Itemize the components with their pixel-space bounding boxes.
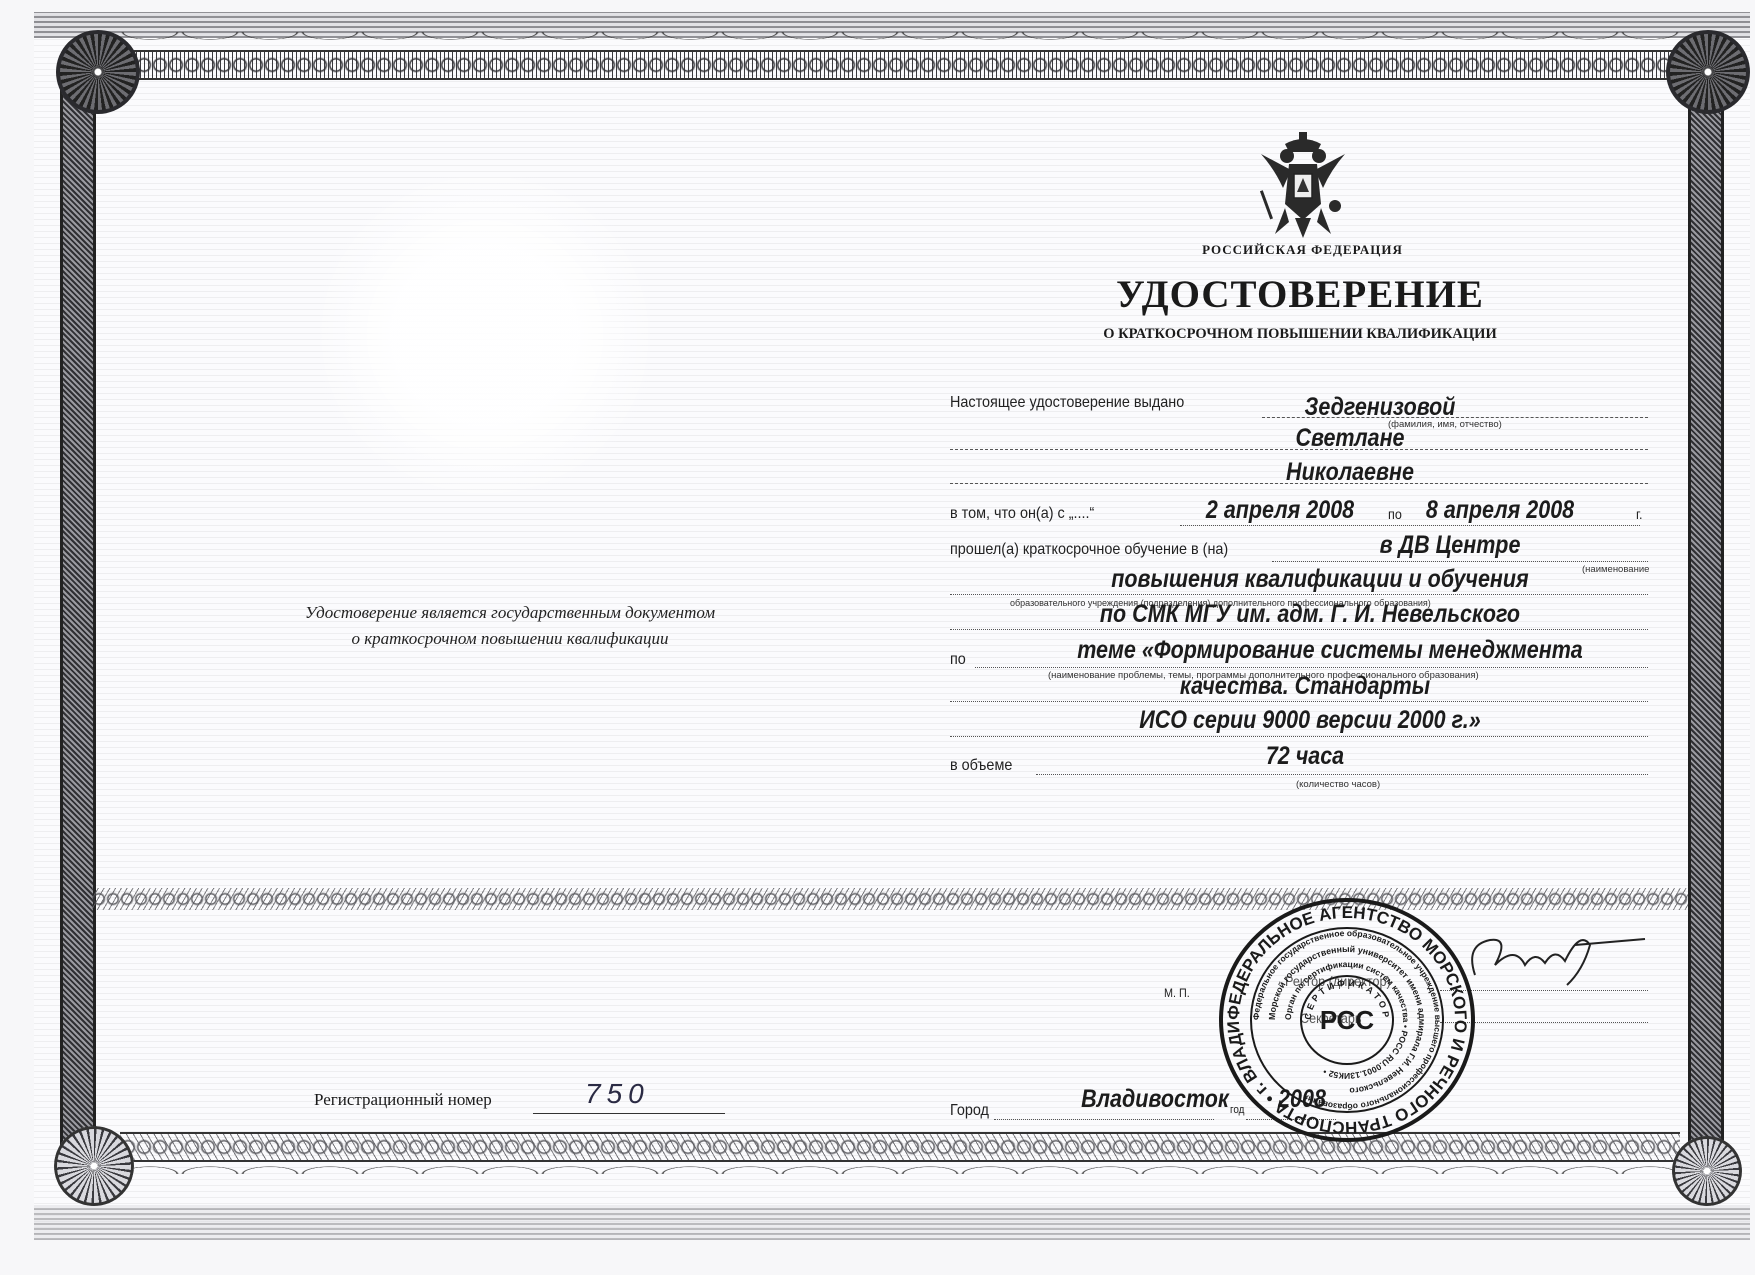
issued-to-label: Настоящее удостоверение выдано (950, 394, 1184, 412)
volume-line (1036, 774, 1648, 775)
period-label: в том, что он(а) с „....“ (950, 505, 1094, 523)
topic-line-2 (950, 701, 1648, 702)
institution-value-1: в ДВ Центре (1364, 531, 1536, 560)
surname-value: Зедгенизовой (1268, 393, 1492, 422)
city-label: Город (950, 1102, 989, 1120)
topic-line-3 (950, 736, 1648, 737)
volume-hint: (количество часов) (1296, 779, 1380, 790)
period-line (1180, 525, 1640, 526)
document-title: УДОСТОВЕРЕНИЕ (1090, 272, 1510, 317)
volume-value: 72 часа (1241, 742, 1370, 771)
left-guilloche-border (60, 60, 96, 1155)
top-scallop-border (120, 32, 1680, 44)
topic-value-1: теме «Формирование системы менеджмента (1055, 636, 1605, 665)
official-round-seal: ФЕДЕРАЛЬНОЕ АГЕНТСТВО МОРСКОГО И РЕЧНОГО… (1218, 895, 1476, 1145)
city-value: Владивосток (1073, 1085, 1236, 1114)
year-suffix: г. (1636, 506, 1643, 522)
rosette-corner-icon (56, 30, 140, 114)
volume-label: в объеме (950, 757, 1012, 775)
date-from-value: 2 апреля 2008 (1194, 496, 1366, 525)
seal-center-mark: РСС (1320, 1005, 1374, 1035)
russian-double-headed-eagle-icon (1255, 130, 1351, 240)
watermark-eagle-icon (320, 175, 650, 495)
institution-value-3: по СМК МГУ им. адм. Г. И. Невельского (1069, 600, 1551, 629)
topic-label: по (950, 651, 966, 669)
institution-value-2: повышения квалификации и обучения (1096, 565, 1543, 594)
institution-line-2 (950, 594, 1648, 595)
topic-value-2: качества. Стандарты (1163, 672, 1447, 701)
first-name-value: Светлане (1247, 424, 1453, 453)
institution-line-1 (1272, 561, 1648, 562)
rector-signature (1455, 925, 1655, 995)
training-label: прошел(а) краткосрочное обучение в (на) (950, 541, 1228, 559)
registration-label: Регистрационный номер (314, 1090, 492, 1110)
rosette-corner-icon (54, 1126, 134, 1206)
bottom-scallop-border (120, 1162, 1680, 1174)
city-line (994, 1119, 1214, 1120)
institution-hint-a: (наименование (1582, 564, 1649, 575)
rosette-corner-icon (1672, 1136, 1742, 1206)
seal-label: М. П. (1164, 986, 1190, 1000)
registration-number: 750 (585, 1078, 650, 1110)
state-document-statement: Удостоверение является государственным д… (230, 600, 790, 652)
patronymic-value: Николаевне (1238, 458, 1462, 487)
country-name: РОССИЙСКАЯ ФЕДЕРАЦИЯ (1150, 242, 1455, 258)
topic-value-3: ИСО серии 9000 версии 2000 г.» (1129, 706, 1490, 735)
statement-line-1: Удостоверение является государственным д… (230, 600, 790, 626)
document-subtitle: О КРАТКОСРОЧНОМ ПОВЫШЕНИИ КВАЛИФИКАЦИИ (1060, 326, 1540, 343)
top-guilloche-border (120, 50, 1680, 80)
bottom-hatch-band (34, 1205, 1750, 1240)
institution-line-3 (950, 629, 1648, 630)
topic-line-1 (975, 667, 1648, 668)
statement-line-2: о краткосрочном повышении квалификации (230, 626, 790, 652)
right-guilloche-border (1688, 60, 1724, 1155)
date-to-label: по (1388, 506, 1402, 522)
date-to-value: 8 апреля 2008 (1414, 496, 1586, 525)
rosette-corner-icon (1666, 30, 1750, 114)
registration-line (533, 1113, 725, 1114)
